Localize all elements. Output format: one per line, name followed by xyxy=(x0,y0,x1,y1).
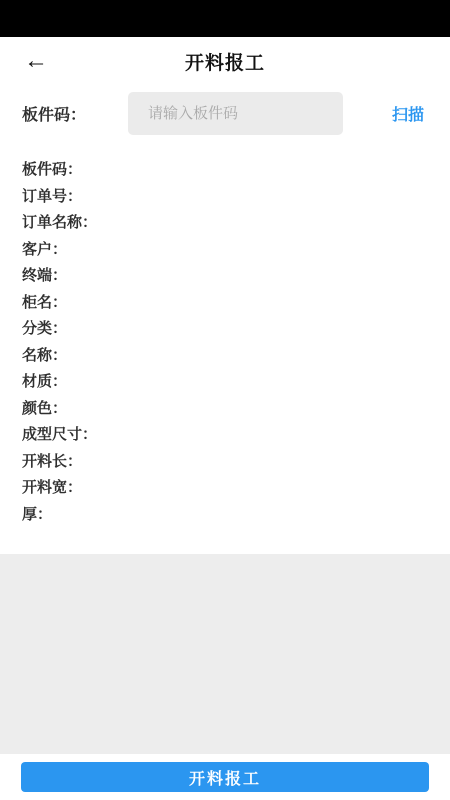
scan-row: 板件码： 扫描 xyxy=(0,92,450,135)
board-code-input[interactable] xyxy=(128,92,343,135)
info-label: 厚： xyxy=(22,502,52,529)
info-row-material: 材质： xyxy=(22,369,428,396)
info-row-customer: 客户： xyxy=(22,237,428,264)
info-row-color: 颜色： xyxy=(22,396,428,423)
info-label: 材质： xyxy=(22,369,67,396)
content-panel xyxy=(0,554,450,754)
info-label: 订单号： xyxy=(22,184,82,211)
info-label: 名称： xyxy=(22,343,67,370)
info-label: 终端： xyxy=(22,263,67,290)
info-row-cut-width: 开料宽： xyxy=(22,475,428,502)
info-label: 开料宽： xyxy=(22,475,82,502)
info-label: 分类： xyxy=(22,316,67,343)
board-code-label: 板件码： xyxy=(22,102,128,125)
status-bar xyxy=(0,0,450,37)
page-title: 开料报工 xyxy=(185,48,265,75)
info-row-order-name: 订单名称： xyxy=(22,210,428,237)
info-label: 客户： xyxy=(22,237,67,264)
info-label: 成型尺寸： xyxy=(22,422,97,449)
info-row-name: 名称： xyxy=(22,343,428,370)
info-row-order-number: 订单号： xyxy=(22,184,428,211)
info-row-cut-length: 开料长： xyxy=(22,449,428,476)
back-arrow-icon[interactable]: ← xyxy=(18,47,54,75)
info-list: 板件码： 订单号： 订单名称： 客户： 终端： 柜名： 分类： 名称： xyxy=(0,157,450,528)
info-label: 柜名： xyxy=(22,290,67,317)
info-row-finished-size: 成型尺寸： xyxy=(22,422,428,449)
footer: 开料报工 xyxy=(0,754,450,800)
info-row-board-code: 板件码： xyxy=(22,157,428,184)
screen: ← 开料报工 板件码： 扫描 板件码： 订单号： 订单名称： 客户： 终端： 柜… xyxy=(0,0,450,800)
scan-button[interactable]: 扫描 xyxy=(392,100,424,127)
info-row-cabinet-name: 柜名： xyxy=(22,290,428,317)
info-row-category: 分类： xyxy=(22,316,428,343)
info-row-thickness: 厚： xyxy=(22,502,428,529)
submit-button[interactable]: 开料报工 xyxy=(21,762,429,792)
info-label: 开料长： xyxy=(22,449,82,476)
info-row-terminal: 终端： xyxy=(22,263,428,290)
header: ← 开料报工 xyxy=(0,37,450,85)
info-label: 颜色： xyxy=(22,396,67,423)
info-label: 板件码： xyxy=(22,157,82,184)
info-label: 订单名称： xyxy=(22,210,97,237)
